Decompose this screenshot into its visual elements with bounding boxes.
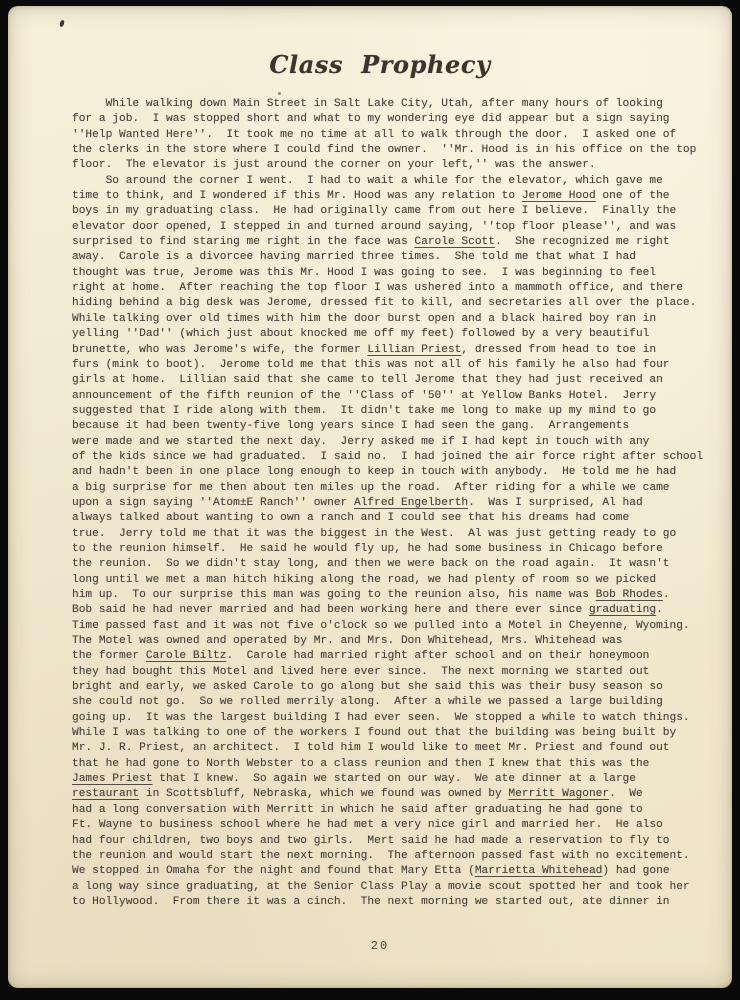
text-line: yelling ''Dad'' (which just about knocke… xyxy=(72,327,688,342)
text-line: him up. To our surprise this man was goi… xyxy=(72,588,688,603)
paragraph: While walking down Main Street in Salt L… xyxy=(72,97,688,174)
text-line: restaurant in Scottsbluff, Nebraska, whi… xyxy=(72,787,688,802)
text-line: The Motel was owned and operated by Mr. … xyxy=(72,634,688,649)
text-line: going up. It was the largest building I … xyxy=(72,711,688,726)
text-line: and hadn't been in one place long enough… xyxy=(72,465,688,480)
text-line: always talked about wanting to own a ran… xyxy=(72,511,688,526)
text-line: right at home. After reaching the top fl… xyxy=(72,281,688,296)
text-line: a big surprise for me then about ten mil… xyxy=(72,481,688,496)
text-line: elevator door opened, I stepped in and t… xyxy=(72,220,688,235)
text-line: floor. The elevator is just around the c… xyxy=(72,158,688,173)
text-line: of the kids since we had graduated. I sa… xyxy=(72,450,688,465)
text-line: true. Jerry told me that it was the bigg… xyxy=(72,527,688,542)
underlined-name: Marrietta Whitehead xyxy=(475,865,603,877)
text-line: Bob said he had never married and had be… xyxy=(72,603,688,618)
prophecy-text: While walking down Main Street in Salt L… xyxy=(8,97,732,910)
ink-speck xyxy=(59,20,65,28)
text-line: James Priest that I knew. So again we st… xyxy=(72,772,688,787)
text-line: the reunion. So we didn't stay long, and… xyxy=(72,557,688,572)
text-line: were made and we started the next day. J… xyxy=(72,435,688,450)
underlined-name: graduating xyxy=(589,604,656,616)
text-line: long until we met a man hitch hiking alo… xyxy=(72,573,688,588)
text-line: thought was true, Jerome was this Mr. Ho… xyxy=(72,266,688,281)
text-line: had four children, two boys and two girl… xyxy=(72,834,688,849)
text-line: because it had been twenty-five long yea… xyxy=(72,419,688,434)
text-line: had a long conversation with Merritt in … xyxy=(72,803,688,818)
text-line: to the reunion himself. He said he would… xyxy=(72,542,688,557)
text-line: surprised to find staring me right in th… xyxy=(72,235,688,250)
text-line: to Hollywood. From there it was a cinch.… xyxy=(72,895,688,910)
underlined-name: Carole Scott xyxy=(414,236,495,248)
text-line: Time passed fast and it was not five o'c… xyxy=(72,619,688,634)
text-line: While talking over old times with him th… xyxy=(72,312,688,327)
text-line: boys in my graduating class. He had orig… xyxy=(72,204,688,219)
underlined-name: Bob Rhodes xyxy=(596,589,663,601)
text-line: for a job. I was stopped short and what … xyxy=(72,112,688,127)
scan-frame: Class Prophecy While walking down Main S… xyxy=(0,0,740,1000)
text-line: they had bought this Motel and lived her… xyxy=(72,665,688,680)
underlined-name: Carole Biltz xyxy=(146,650,227,662)
underlined-name: Alfred Engelberth xyxy=(354,497,468,509)
underlined-name: Jerome Hood xyxy=(522,190,596,202)
text-line: suggested that I ride along with them. I… xyxy=(72,404,688,419)
underlined-name: Lillian Priest xyxy=(367,344,461,356)
page-number: 20 xyxy=(8,939,732,953)
ink-speck xyxy=(278,92,281,95)
text-line: the clerks in the store where I could fi… xyxy=(72,143,688,158)
text-line: So around the corner I went. I had to wa… xyxy=(72,174,688,189)
text-line: announcement of the fifth reunion of the… xyxy=(72,389,688,404)
underlined-name: Merritt Wagoner xyxy=(508,788,609,800)
text-line: the former Carole Biltz. Carole had marr… xyxy=(72,649,688,664)
yearbook-page: Class Prophecy While walking down Main S… xyxy=(8,6,732,988)
text-line: While I was talking to one of the worker… xyxy=(72,726,688,741)
text-line: upon a sign saying ''Atom±E Ranch'' owne… xyxy=(72,496,688,511)
underlined-name: restaurant xyxy=(72,788,139,800)
text-line: hiding behind a big desk was Jerome, dre… xyxy=(72,296,688,311)
text-line: bright and early, we asked Carole to go … xyxy=(72,680,688,695)
underlined-name: James Priest xyxy=(72,773,153,785)
text-line: the reunion and would start the next mor… xyxy=(72,849,688,864)
text-line: While walking down Main Street in Salt L… xyxy=(72,97,688,112)
text-line: furs (mink to boot). Jerome told me that… xyxy=(72,358,688,373)
text-line: brunette, who was Jerome's wife, the for… xyxy=(72,343,688,358)
text-line: she could not go. So we rolled merrily a… xyxy=(72,695,688,710)
text-line: girls at home. Lillian said that she cam… xyxy=(72,373,688,388)
text-line: We stopped in Omaha for the night and fo… xyxy=(72,864,688,879)
text-line: Ft. Wayne to business school where he ha… xyxy=(72,818,688,833)
text-line: away. Carole is a divorcee having marrie… xyxy=(72,250,688,265)
text-line: time to think, and I wondered if this Mr… xyxy=(72,189,688,204)
paragraph: So around the corner I went. I had to wa… xyxy=(72,174,688,911)
page-title: Class Prophecy xyxy=(72,50,688,80)
text-line: a long way since graduating, at the Seni… xyxy=(72,880,688,895)
text-line: ''Help Wanted Here''. It took me no time… xyxy=(72,128,688,143)
text-line: that he had gone to North Webster to a c… xyxy=(72,757,688,772)
text-line: Mr. J. R. Priest, an architect. I told h… xyxy=(72,741,688,756)
